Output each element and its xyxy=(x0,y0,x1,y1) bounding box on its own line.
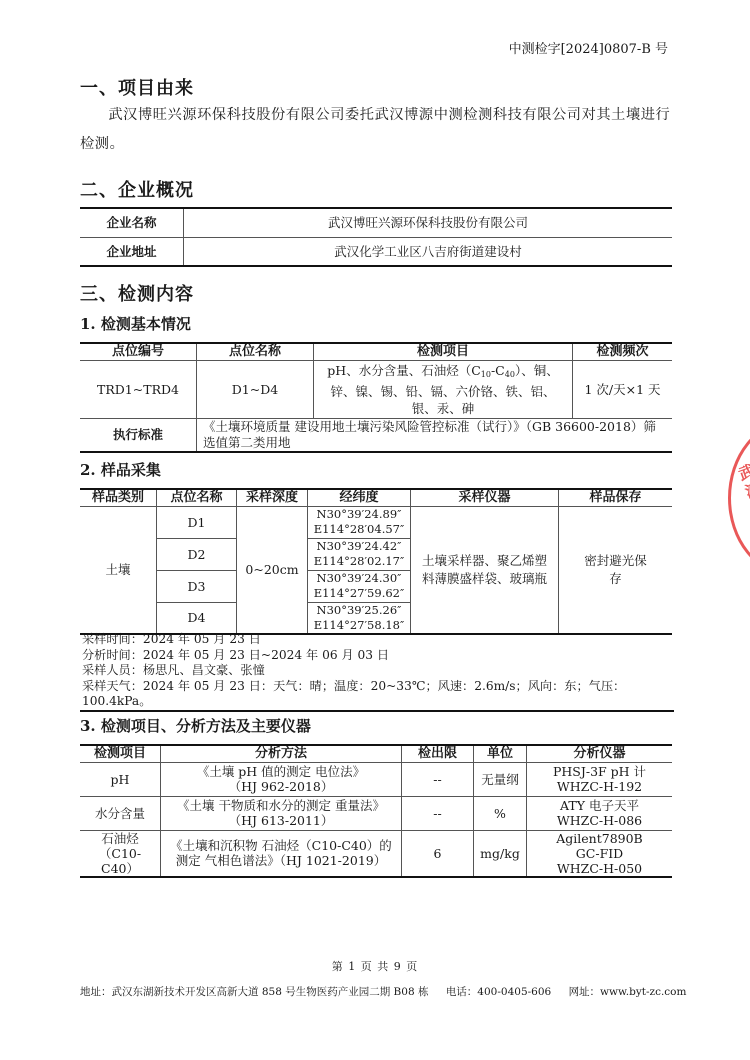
item-range: （C10-C40） xyxy=(84,846,156,876)
latitude: N30°39′24.30″ xyxy=(312,571,406,586)
latitude: N30°39′24.89″ xyxy=(312,507,406,522)
instrument-model: ATY 电子天平 xyxy=(531,798,668,813)
depth-cell: 0~20cm xyxy=(237,506,308,634)
sampling-notes: 采样时间：2024 年 05 月 23 日 分析时间：2024 年 05 月 2… xyxy=(80,632,674,712)
analysis-time: 分析时间：2024 年 05 月 23 日~2024 年 06 月 03 日 xyxy=(82,648,674,664)
company-table: 企业名称 武汉博旺兴源环保科技股份有限公司 企业地址 武汉化学工业区八吉府街道建… xyxy=(80,207,672,267)
subscript: 40 xyxy=(505,370,515,379)
method-cell: 《土壤 干物质和水分的测定 重量法》（HJ 613-2011） xyxy=(161,796,402,830)
footer: 地址：武汉东湖新技术开发区高新大道 858 号生物医药产业园二期 B08 栋 电… xyxy=(80,984,700,999)
subsection-title-methods: 3. 检测项目、分析方法及主要仪器 xyxy=(80,715,311,736)
col-depth: 采样深度 xyxy=(237,489,308,506)
point-name-cell: D2 xyxy=(157,538,237,570)
col-point-id: 点位编号 xyxy=(80,343,197,360)
report-page: 中测检字[2024]0807-B 号 一、项目由来 武汉博旺兴源环保科技股份有限… xyxy=(0,0,750,1060)
table-row: 执行标准 《土壤环境质量 建设用地土壤污染风险管控标准（试行）》（GB 3660… xyxy=(80,418,672,452)
table-row: TRD1~TRD4 D1~D4 pH、水分含量、石油烃（C10-C40）、铜、锌… xyxy=(80,360,672,418)
unit-cell: mg/kg xyxy=(474,830,527,877)
latitude: N30°39′24.42″ xyxy=(312,539,406,554)
frequency-cell: 1 次/天×1 天 xyxy=(573,360,673,418)
item-cell: 石油烃（C10-C40） xyxy=(80,830,161,877)
company-address-value: 武汉化学工业区八吉府街道建设村 xyxy=(184,237,673,266)
sampling-time: 采样时间：2024 年 05 月 23 日 xyxy=(82,632,674,648)
section-title-origin: 一、项目由来 xyxy=(80,74,194,100)
col-coordinates: 经纬度 xyxy=(308,489,411,506)
coordinates-cell: N30°39′24.89″E114°28′04.57″ xyxy=(308,506,411,538)
document-number: 中测检字[2024]0807-B 号 xyxy=(509,38,668,57)
instrument-cell: 土壤采样器、聚乙烯塑料薄膜盛样袋、玻璃瓶 xyxy=(411,506,559,634)
table-row: 水分含量 《土壤 干物质和水分的测定 重量法》（HJ 613-2011） -- … xyxy=(80,796,672,830)
origin-paragraph: 武汉博旺兴源环保科技股份有限公司委托武汉博源中测检测科技有限公司对其土壤进行检测… xyxy=(80,101,672,159)
col-unit: 单位 xyxy=(474,745,527,762)
method-cell: 《土壤 pH 值的测定 电位法》（HJ 962-2018） xyxy=(161,762,402,796)
subsection-title-basic: 1. 检测基本情况 xyxy=(80,313,191,334)
point-name-cell: D1 xyxy=(157,506,237,538)
col-category: 样品类别 xyxy=(80,489,157,506)
official-seal-stamp: 武汉博 xyxy=(728,420,750,576)
coordinates-cell: N30°39′24.30″E114°27′59.62″ xyxy=(308,570,411,602)
sampling-staff: 采样人员：杨思凡、昌文豪、张憧 xyxy=(82,663,674,679)
col-storage: 样品保存 xyxy=(559,489,673,506)
limit-cell: 6 xyxy=(402,830,474,877)
table-row: 企业名称 武汉博旺兴源环保科技股份有限公司 xyxy=(80,208,672,237)
unit-cell: 无量纲 xyxy=(474,762,527,796)
col-point-name: 点位名称 xyxy=(197,343,314,360)
sampling-weather: 采样天气：2024 年 05 月 23 日：天气：晴；温度：20~33℃；风速：… xyxy=(82,679,674,710)
test-items-text: pH、水分含量、石油烃（C xyxy=(327,363,480,378)
section-title-content: 三、检测内容 xyxy=(80,280,194,306)
standard-label: 执行标准 xyxy=(80,418,197,452)
subscript: 10 xyxy=(481,370,491,379)
table-header-row: 点位编号 点位名称 检测项目 检测频次 xyxy=(80,343,672,360)
instrument-type: GC-FID xyxy=(531,846,668,861)
instrument-cell: ATY 电子天平WHZC-H-086 xyxy=(527,796,673,830)
seal-text: 武汉博 xyxy=(732,461,750,522)
table-row: 土壤 D1 0~20cm N30°39′24.89″E114°28′04.57″… xyxy=(80,506,672,538)
longitude: E114°27′58.18″ xyxy=(312,618,406,633)
table-row: 企业地址 武汉化学工业区八吉府街道建设村 xyxy=(80,237,672,266)
item-cell: 水分含量 xyxy=(80,796,161,830)
method-name: 《土壤和沉积物 石油烃（C10-C40）的 xyxy=(165,838,397,853)
longitude: E114°28′02.17″ xyxy=(312,554,406,569)
point-name-cell: D1~D4 xyxy=(197,360,314,418)
col-test-items: 检测项目 xyxy=(314,343,573,360)
col-frequency: 检测频次 xyxy=(573,343,673,360)
table-header-row: 检测项目 分析方法 检出限 单位 分析仪器 xyxy=(80,745,672,762)
col-instrument: 分析仪器 xyxy=(527,745,673,762)
col-instrument: 采样仪器 xyxy=(411,489,559,506)
subsection-title-sampling: 2. 样品采集 xyxy=(80,459,161,480)
unit-cell: % xyxy=(474,796,527,830)
col-point-name: 点位名称 xyxy=(157,489,237,506)
coordinates-cell: N30°39′24.42″E114°28′02.17″ xyxy=(308,538,411,570)
page-number: 第 1 页 共 9 页 xyxy=(0,958,750,974)
company-name-value: 武汉博旺兴源环保科技股份有限公司 xyxy=(184,208,673,237)
section-title-company: 二、企业概况 xyxy=(80,176,194,202)
company-name-label: 企业名称 xyxy=(80,208,184,237)
table-row: pH 《土壤 pH 值的测定 电位法》（HJ 962-2018） -- 无量纲 … xyxy=(80,762,672,796)
table-header-row: 样品类别 点位名称 采样深度 经纬度 采样仪器 样品保存 xyxy=(80,489,672,506)
instrument-cell: PHSJ-3F pH 计WHZC-H-192 xyxy=(527,762,673,796)
footer-phone: 电话：400-0405-606 xyxy=(446,986,551,998)
col-item: 检测项目 xyxy=(80,745,161,762)
method-name: 《土壤 pH 值的测定 电位法》 xyxy=(165,764,397,779)
company-address-label: 企业地址 xyxy=(80,237,184,266)
test-items-cell: pH、水分含量、石油烃（C10-C40）、铜、锌、镍、锡、铅、镉、六价铬、铁、铝… xyxy=(314,360,573,418)
longitude: E114°28′04.57″ xyxy=(312,522,406,537)
basic-info-table: 点位编号 点位名称 检测项目 检测频次 TRD1~TRD4 D1~D4 pH、水… xyxy=(80,342,672,453)
method-name: 《土壤 干物质和水分的测定 重量法》 xyxy=(165,798,397,813)
coordinates-cell: N30°39′25.26″E114°27′58.18″ xyxy=(308,602,411,634)
latitude: N30°39′25.26″ xyxy=(312,603,406,618)
item-cell: pH xyxy=(80,762,161,796)
method-code: （HJ 613-2011） xyxy=(165,813,397,828)
methods-table: 检测项目 分析方法 检出限 单位 分析仪器 pH 《土壤 pH 值的测定 电位法… xyxy=(80,744,672,878)
instrument-id: WHZC-H-050 xyxy=(531,861,668,876)
method-code: （HJ 962-2018） xyxy=(165,779,397,794)
test-items-text: -C xyxy=(491,363,505,378)
method-code: 测定 气相色谱法》（HJ 1021-2019） xyxy=(165,853,397,868)
limit-cell: -- xyxy=(402,762,474,796)
point-id-cell: TRD1~TRD4 xyxy=(80,360,197,418)
longitude: E114°27′59.62″ xyxy=(312,586,406,601)
point-name-cell: D4 xyxy=(157,602,237,634)
instrument-cell: Agilent7890BGC-FIDWHZC-H-050 xyxy=(527,830,673,877)
table-row: 石油烃（C10-C40） 《土壤和沉积物 石油烃（C10-C40）的测定 气相色… xyxy=(80,830,672,877)
instrument-model: Agilent7890B xyxy=(531,831,668,846)
col-limit: 检出限 xyxy=(402,745,474,762)
item-name: 石油烃 xyxy=(84,831,156,846)
standard-value: 《土壤环境质量 建设用地土壤污染风险管控标准（试行）》（GB 36600-201… xyxy=(197,418,673,452)
method-cell: 《土壤和沉积物 石油烃（C10-C40）的测定 气相色谱法》（HJ 1021-2… xyxy=(161,830,402,877)
instrument-id: WHZC-H-086 xyxy=(531,813,668,828)
point-name-cell: D3 xyxy=(157,570,237,602)
limit-cell: -- xyxy=(402,796,474,830)
instrument-model: PHSJ-3F pH 计 xyxy=(531,764,668,779)
instrument-id: WHZC-H-192 xyxy=(531,779,668,794)
storage-cell: 密封避光保存 xyxy=(559,506,673,634)
footer-website: 网址：www.byt-zc.com xyxy=(569,986,687,998)
category-cell: 土壤 xyxy=(80,506,157,634)
sampling-table: 样品类别 点位名称 采样深度 经纬度 采样仪器 样品保存 土壤 D1 0~20c… xyxy=(80,488,672,635)
footer-address: 地址：武汉东湖新技术开发区高新大道 858 号生物医药产业园二期 B08 栋 xyxy=(80,986,428,998)
col-method: 分析方法 xyxy=(161,745,402,762)
